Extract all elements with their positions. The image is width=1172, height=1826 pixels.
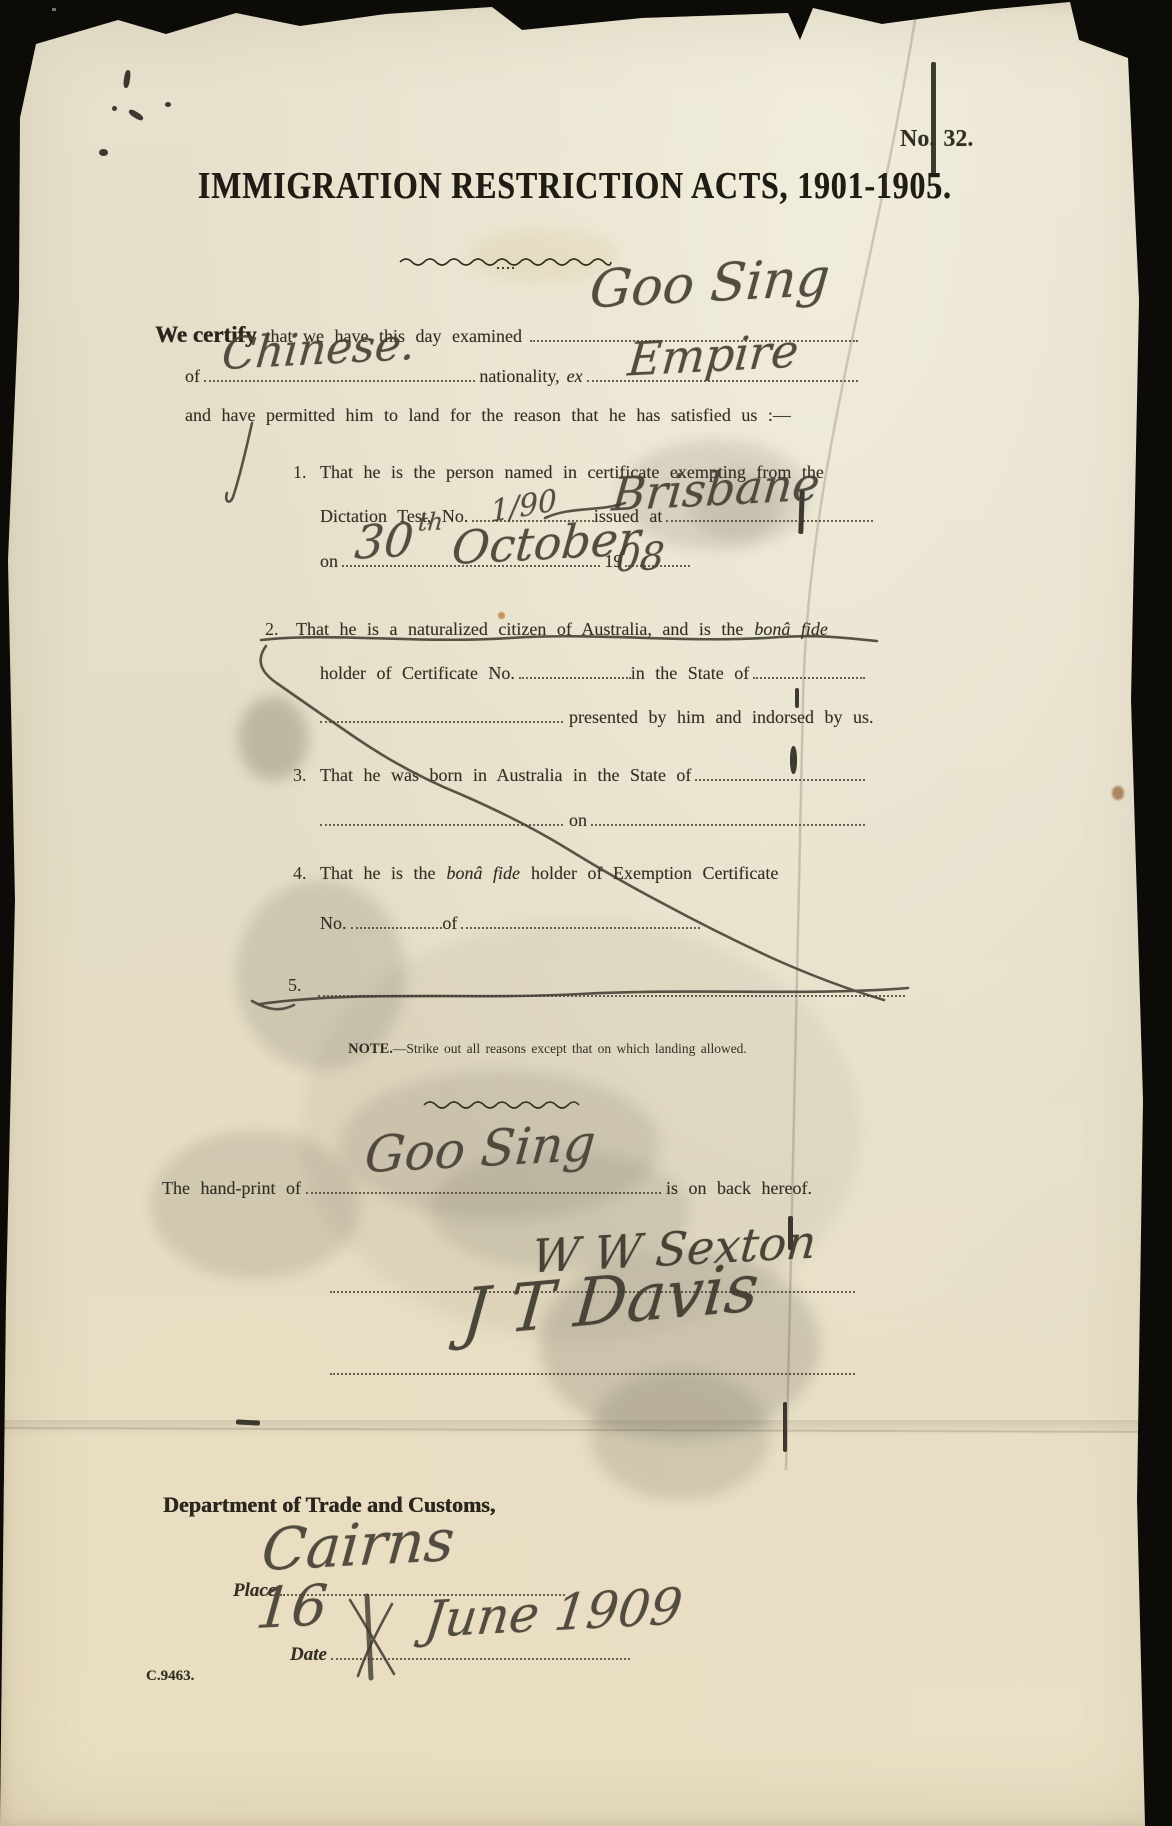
department-heading: Department of Trade and Customs,	[163, 1492, 495, 1518]
reason-2-number: 2.	[265, 619, 279, 640]
reason-2-hook	[261, 646, 278, 684]
nationality-blank	[204, 377, 475, 382]
reason-5-number: 5.	[288, 975, 302, 996]
ex-label: ex	[567, 366, 583, 387]
state-blank	[753, 674, 865, 679]
reason-1-line3: on 19	[320, 551, 690, 572]
fingerprint-smudge	[150, 1130, 360, 1280]
presented-blank	[320, 718, 563, 723]
reason-3-line1: That he was born in Australia in the Sta…	[320, 765, 865, 786]
place-label: Place	[233, 1580, 276, 1602]
fold-crease-mark	[788, 1216, 793, 1250]
reason-3-line2: on	[320, 810, 865, 831]
note-text: —Strike out all reasons except that on w…	[393, 1041, 747, 1056]
dictation-test-label: Dictation Test, No.	[320, 506, 468, 527]
exemption-of-blank	[461, 924, 700, 929]
issued-at-blank	[666, 517, 873, 522]
holder-label: holder of Certificate No.	[320, 663, 515, 684]
born-on-label: on	[569, 810, 587, 831]
wavy-divider-2	[422, 1098, 582, 1112]
reason-2-line1: That he is a naturalized citizen of Aust…	[296, 619, 828, 640]
check-mark	[233, 423, 252, 497]
horizontal-fold-shadow	[0, 1420, 1172, 1436]
handprint-name-blank	[306, 1189, 661, 1194]
born-date-blank	[591, 821, 865, 826]
date-label: Date	[290, 1644, 327, 1666]
reason-1-line2: Dictation Test, No. issued at	[320, 506, 873, 527]
place-line: Place	[233, 1580, 565, 1602]
exemption-no-blank	[351, 924, 443, 929]
check-mark-hook	[226, 493, 233, 502]
certify-text: that we have this day examined	[266, 326, 522, 347]
reason-1-line1: That he is the person named in certifica…	[320, 462, 824, 483]
paper-hole	[128, 108, 145, 122]
signature-line-2	[330, 1370, 855, 1375]
note-bold: NOTE.	[348, 1041, 393, 1057]
signature-line-1	[330, 1288, 855, 1293]
edge-spot	[1112, 786, 1124, 800]
exemption-text-b: holder of Exemption Certificate	[531, 863, 778, 883]
cert-no-blank	[472, 517, 594, 522]
on-label: on	[320, 551, 338, 572]
document-number: No. 32.	[900, 126, 973, 153]
born-label: That he was born in Australia in the Sta…	[320, 765, 691, 786]
scanner-background: No. 32. IMMIGRATION RESTRICTION ACTS, 19…	[0, 0, 1172, 1826]
presented-label: presented by him and indorsed by us.	[569, 707, 873, 728]
reason-3-number: 3.	[293, 765, 307, 786]
scanner-speck	[52, 8, 56, 11]
paper-hole	[123, 70, 131, 89]
permitted-line: and have permitted him to land for the r…	[185, 405, 791, 426]
examined-name-handwriting: Goo Sing	[588, 252, 832, 317]
fold-crease-mark	[795, 688, 799, 708]
year-blank	[625, 562, 690, 567]
reason-2-line2: holder of Certificate No. in the State o…	[320, 663, 865, 684]
ink-spot	[498, 612, 505, 619]
place-blank	[280, 1591, 565, 1596]
document-paper: No. 32. IMMIGRATION RESTRICTION ACTS, 19…	[0, 0, 1172, 1826]
issued-at-label: issued at	[594, 506, 663, 527]
date-line: Date	[290, 1644, 630, 1666]
bona-fide-italic-2: bonâ fide	[446, 863, 520, 883]
fold-crease-mark	[931, 62, 936, 174]
nationality-label: nationality,	[479, 366, 559, 387]
paper-hole	[165, 102, 171, 107]
reason-4-line2: No. of	[320, 913, 700, 934]
reason-4-number: 4.	[293, 863, 307, 884]
state-label: in the State of	[631, 663, 749, 684]
date-blank	[342, 562, 600, 567]
exemption-text-a: That he is the	[320, 863, 435, 883]
exemption-of-label: of	[442, 913, 457, 934]
document-title-wrap: IMMIGRATION RESTRICTION ACTS, 1901-1905.	[126, 164, 1006, 208]
born-state-blank	[695, 776, 865, 781]
paper-hole	[112, 106, 117, 111]
reason-1-number: 1.	[293, 462, 307, 483]
we-certify-lead: We certify	[155, 322, 257, 348]
handprint-prefix: The hand-print of	[162, 1178, 301, 1199]
paper-hole	[99, 149, 108, 156]
year-printed: 19	[604, 551, 622, 572]
reason-5-blank	[318, 992, 905, 997]
reason-2-text: That he is a naturalized citizen of Aust…	[296, 619, 743, 639]
certify-line: We certify that we have this day examine…	[155, 322, 858, 348]
handprint-suffix: is on back hereof.	[666, 1178, 812, 1199]
place-handwriting: Cairns	[260, 1511, 457, 1579]
reason-4-line1: That he is the bonâ fide holder of Exemp…	[320, 863, 778, 884]
nationality-line: of nationality, ex	[185, 366, 858, 387]
note-line: NOTE.—Strike out all reasons except that…	[250, 1040, 845, 1058]
exemption-no-label: No.	[320, 913, 347, 934]
of-label: of	[185, 366, 200, 387]
born-blank	[320, 821, 563, 826]
document-title: IMMIGRATION RESTRICTION ACTS, 1901-1905.	[198, 164, 952, 208]
ship-blank	[587, 377, 858, 382]
reason-2-line3: presented by him and indorsed by us.	[320, 707, 865, 728]
bona-fide-italic: bonâ fide	[754, 619, 828, 639]
examined-name-line	[530, 337, 858, 342]
handprint-line: The hand-print of is on back hereof.	[162, 1178, 812, 1199]
wavy-divider	[398, 254, 613, 272]
cert-holder-blank	[519, 674, 631, 679]
form-code: C.9463.	[146, 1668, 194, 1685]
date-blank-footer	[331, 1655, 630, 1660]
